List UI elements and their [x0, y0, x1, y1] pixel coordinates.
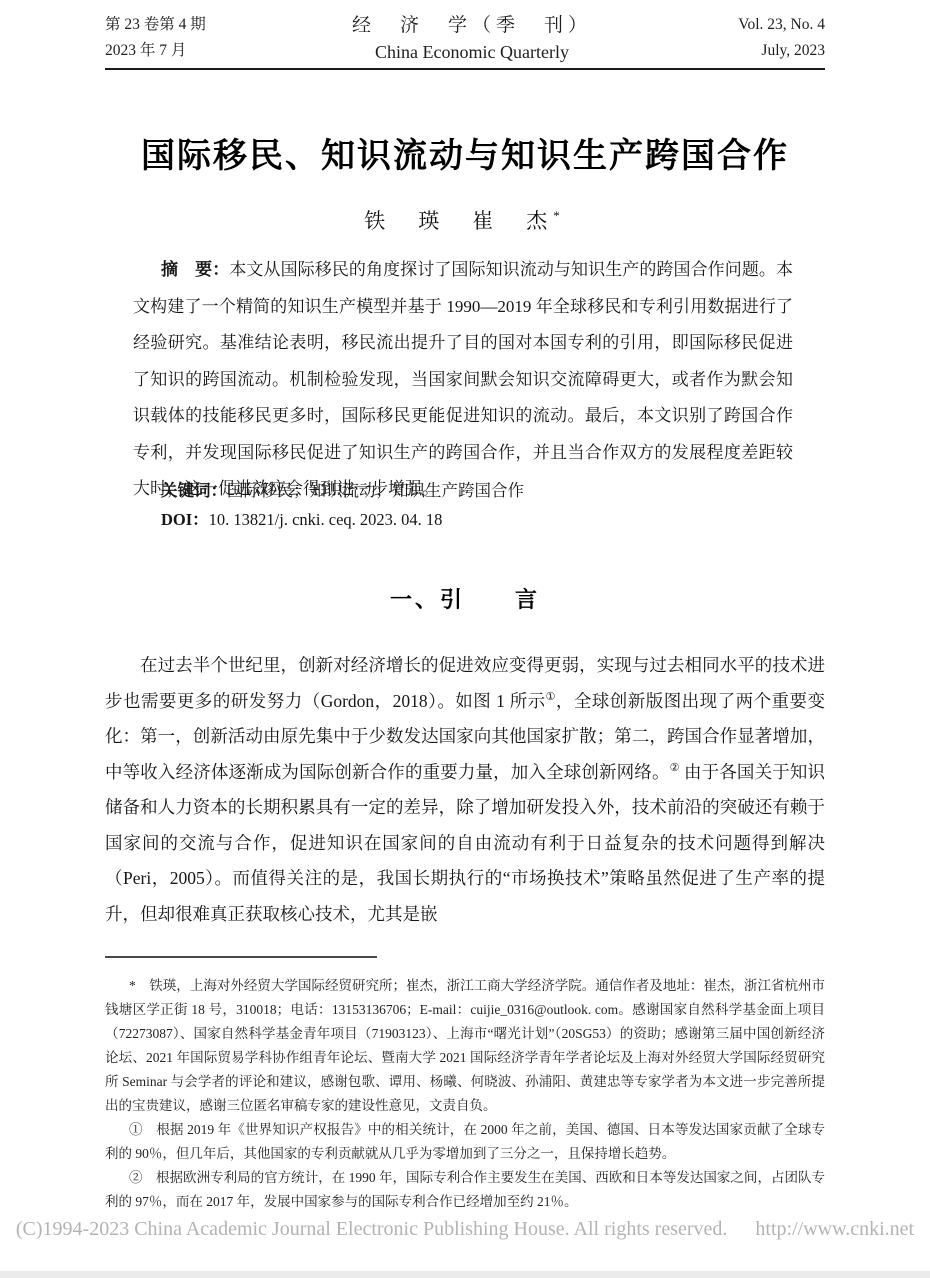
- cnki-copyright-footer: (C)1994-2023 China Academic Journal Elec…: [0, 1218, 930, 1241]
- section-heading-introduction: 一、引 言: [105, 583, 825, 614]
- footnote-1: ① 根据 2019 年《世界知识产权报告》中的相关统计，在 2000 年之前，美…: [105, 1118, 825, 1166]
- footnote-star-marker: *: [129, 978, 149, 993]
- header-volume-issue-cn: 第 23 卷第 4 期: [105, 12, 206, 38]
- doi-text: 10. 13821/j. cnki. ceq. 2023. 04. 18: [209, 510, 443, 529]
- author-names: 铁 瑛 崔 杰: [364, 209, 553, 233]
- abstract-text: 本文从国际移民的角度探讨了国际知识流动与知识生产的跨国合作问题。本文构建了一个精…: [133, 260, 793, 498]
- footnote-ref-1: ①: [546, 691, 556, 703]
- cnki-url: http://www.cnki.net: [755, 1218, 914, 1240]
- journal-title: 经 济 学（季 刊） China Economic Quarterly: [206, 12, 739, 66]
- footnote-2: ② 根据欧洲专利局的官方统计，在 1990 年，国际专利合作主要发生在美国、西欧…: [105, 1166, 825, 1214]
- bottom-gray-strip: [0, 1271, 930, 1278]
- doi-line: DOI：10. 13821/j. cnki. ceq. 2023. 04. 18: [133, 506, 793, 534]
- intro-text-part3: 由于各国关于知识储备和人力资本的长期积累具有一定的差异，除了增加研发投入外，技术…: [105, 762, 825, 924]
- author-footnote-marker: *: [553, 208, 566, 223]
- footnote-1-text: 根据 2019 年《世界知识产权报告》中的相关统计，在 2000 年之前，美国、…: [105, 1122, 825, 1161]
- paper-authors: 铁 瑛 崔 杰*: [105, 205, 825, 235]
- header-issue-info-en: Vol. 23, No. 4 July, 2023: [738, 12, 825, 64]
- abstract-label: 摘 要：: [161, 260, 229, 279]
- keywords-label: 关键词：: [161, 481, 227, 500]
- header-volume-issue-en: Vol. 23, No. 4: [738, 12, 825, 38]
- intro-paragraph: 在过去半个世纪里，创新对经济增长的促进效应变得更弱，实现与过去相同水平的技术进步…: [105, 648, 825, 932]
- keywords-text: 国际移民；知识流动；知识生产跨国合作: [227, 481, 524, 500]
- header-date-cn: 2023 年 7 月: [105, 38, 206, 64]
- journal-header: 第 23 卷第 4 期 2023 年 7 月 经 济 学（季 刊） China …: [105, 12, 825, 66]
- footnote-2-marker: ②: [129, 1170, 156, 1185]
- footnote-2-text: 根据欧洲专利局的官方统计，在 1990 年，国际专利合作主要发生在美国、西欧和日…: [105, 1170, 825, 1209]
- paper-title: 国际移民、知识流动与知识生产跨国合作: [105, 128, 825, 177]
- doi-label: DOI：: [161, 510, 209, 529]
- abstract-paragraph: 摘 要：本文从国际移民的角度探讨了国际知识流动与知识生产的跨国合作问题。本文构建…: [133, 252, 793, 508]
- footnote-author-info: * 铁瑛，上海对外经贸大学国际经贸研究所；崔杰，浙江工商大学经济学院。通信作者及…: [105, 974, 825, 1118]
- footnote-star-text: 铁瑛，上海对外经贸大学国际经贸研究所；崔杰，浙江工商大学经济学院。通信作者及地址…: [105, 978, 825, 1113]
- journal-title-cn: 经 济 学（季 刊）: [206, 12, 739, 39]
- journal-title-en: China Economic Quarterly: [206, 39, 739, 66]
- header-issue-info: 第 23 卷第 4 期 2023 年 7 月: [105, 12, 206, 64]
- copyright-text: (C)1994-2023 China Academic Journal Elec…: [16, 1218, 728, 1240]
- footnote-1-marker: ①: [129, 1122, 156, 1137]
- header-date-en: July, 2023: [738, 38, 825, 64]
- footnote-separator-rule: [105, 956, 377, 958]
- footnotes-block: * 铁瑛，上海对外经贸大学国际经贸研究所；崔杰，浙江工商大学经济学院。通信作者及…: [105, 974, 825, 1214]
- footnote-ref-2: ②: [670, 762, 680, 774]
- keywords-line: 关键词：国际移民；知识流动；知识生产跨国合作: [133, 477, 793, 505]
- header-divider-rule: [105, 68, 825, 70]
